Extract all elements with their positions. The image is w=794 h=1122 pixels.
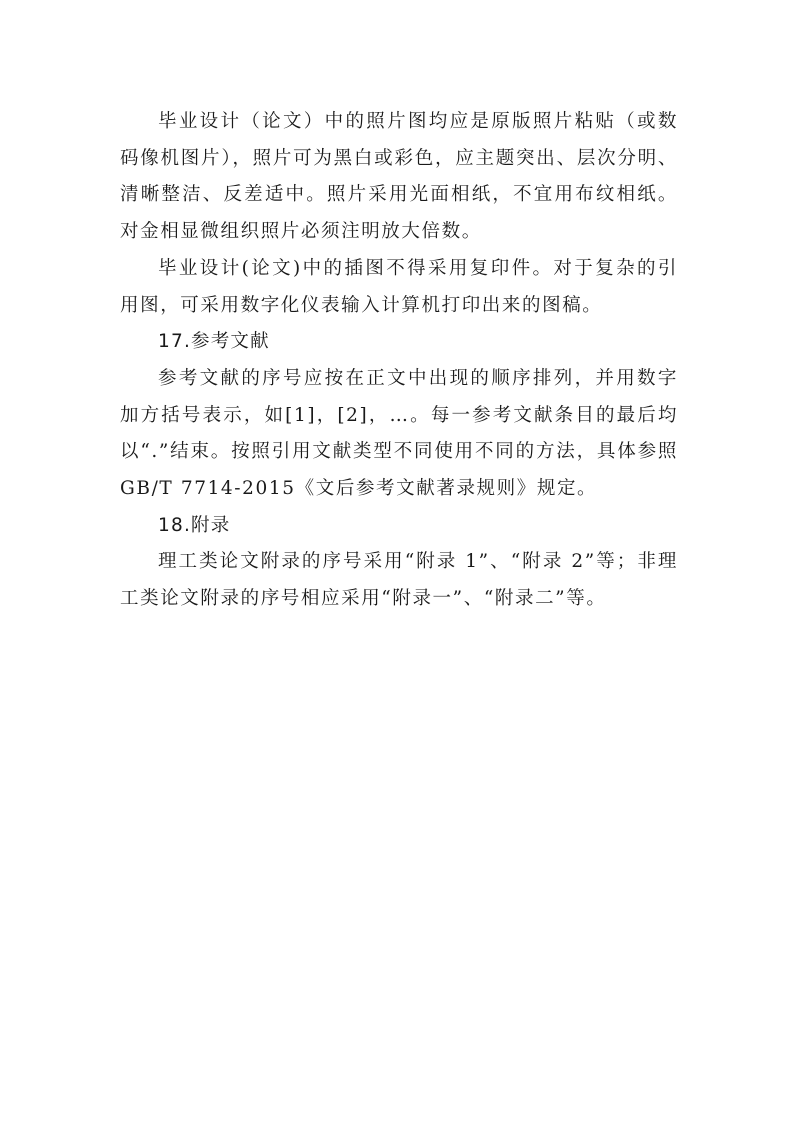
document-page: 毕业设计（论文）中的照片图均应是原版照片粘贴（或数码像机图片），照片可为黑白或彩… (120, 104, 678, 618)
section-heading-appendix: 18.附录 (120, 508, 678, 545)
paragraph-photo-requirements: 毕业设计（论文）中的照片图均应是原版照片粘贴（或数码像机图片），照片可为黑白或彩… (120, 104, 678, 251)
paragraph-references-rules: 参考文献的序号应按在正文中出现的顺序排列，并用数字加方括号表示，如[1]，[2]… (120, 361, 678, 508)
section-heading-references: 17.参考文献 (120, 324, 678, 361)
paragraph-appendix-rules: 理工类论文附录的序号采用“附录 1”、“附录 2”等；非理工类论文附录的序号相应… (120, 544, 678, 617)
paragraph-illustration-requirements: 毕业设计(论文)中的插图不得采用复印件。对于复杂的引用图，可采用数字化仪表输入计… (120, 251, 678, 324)
